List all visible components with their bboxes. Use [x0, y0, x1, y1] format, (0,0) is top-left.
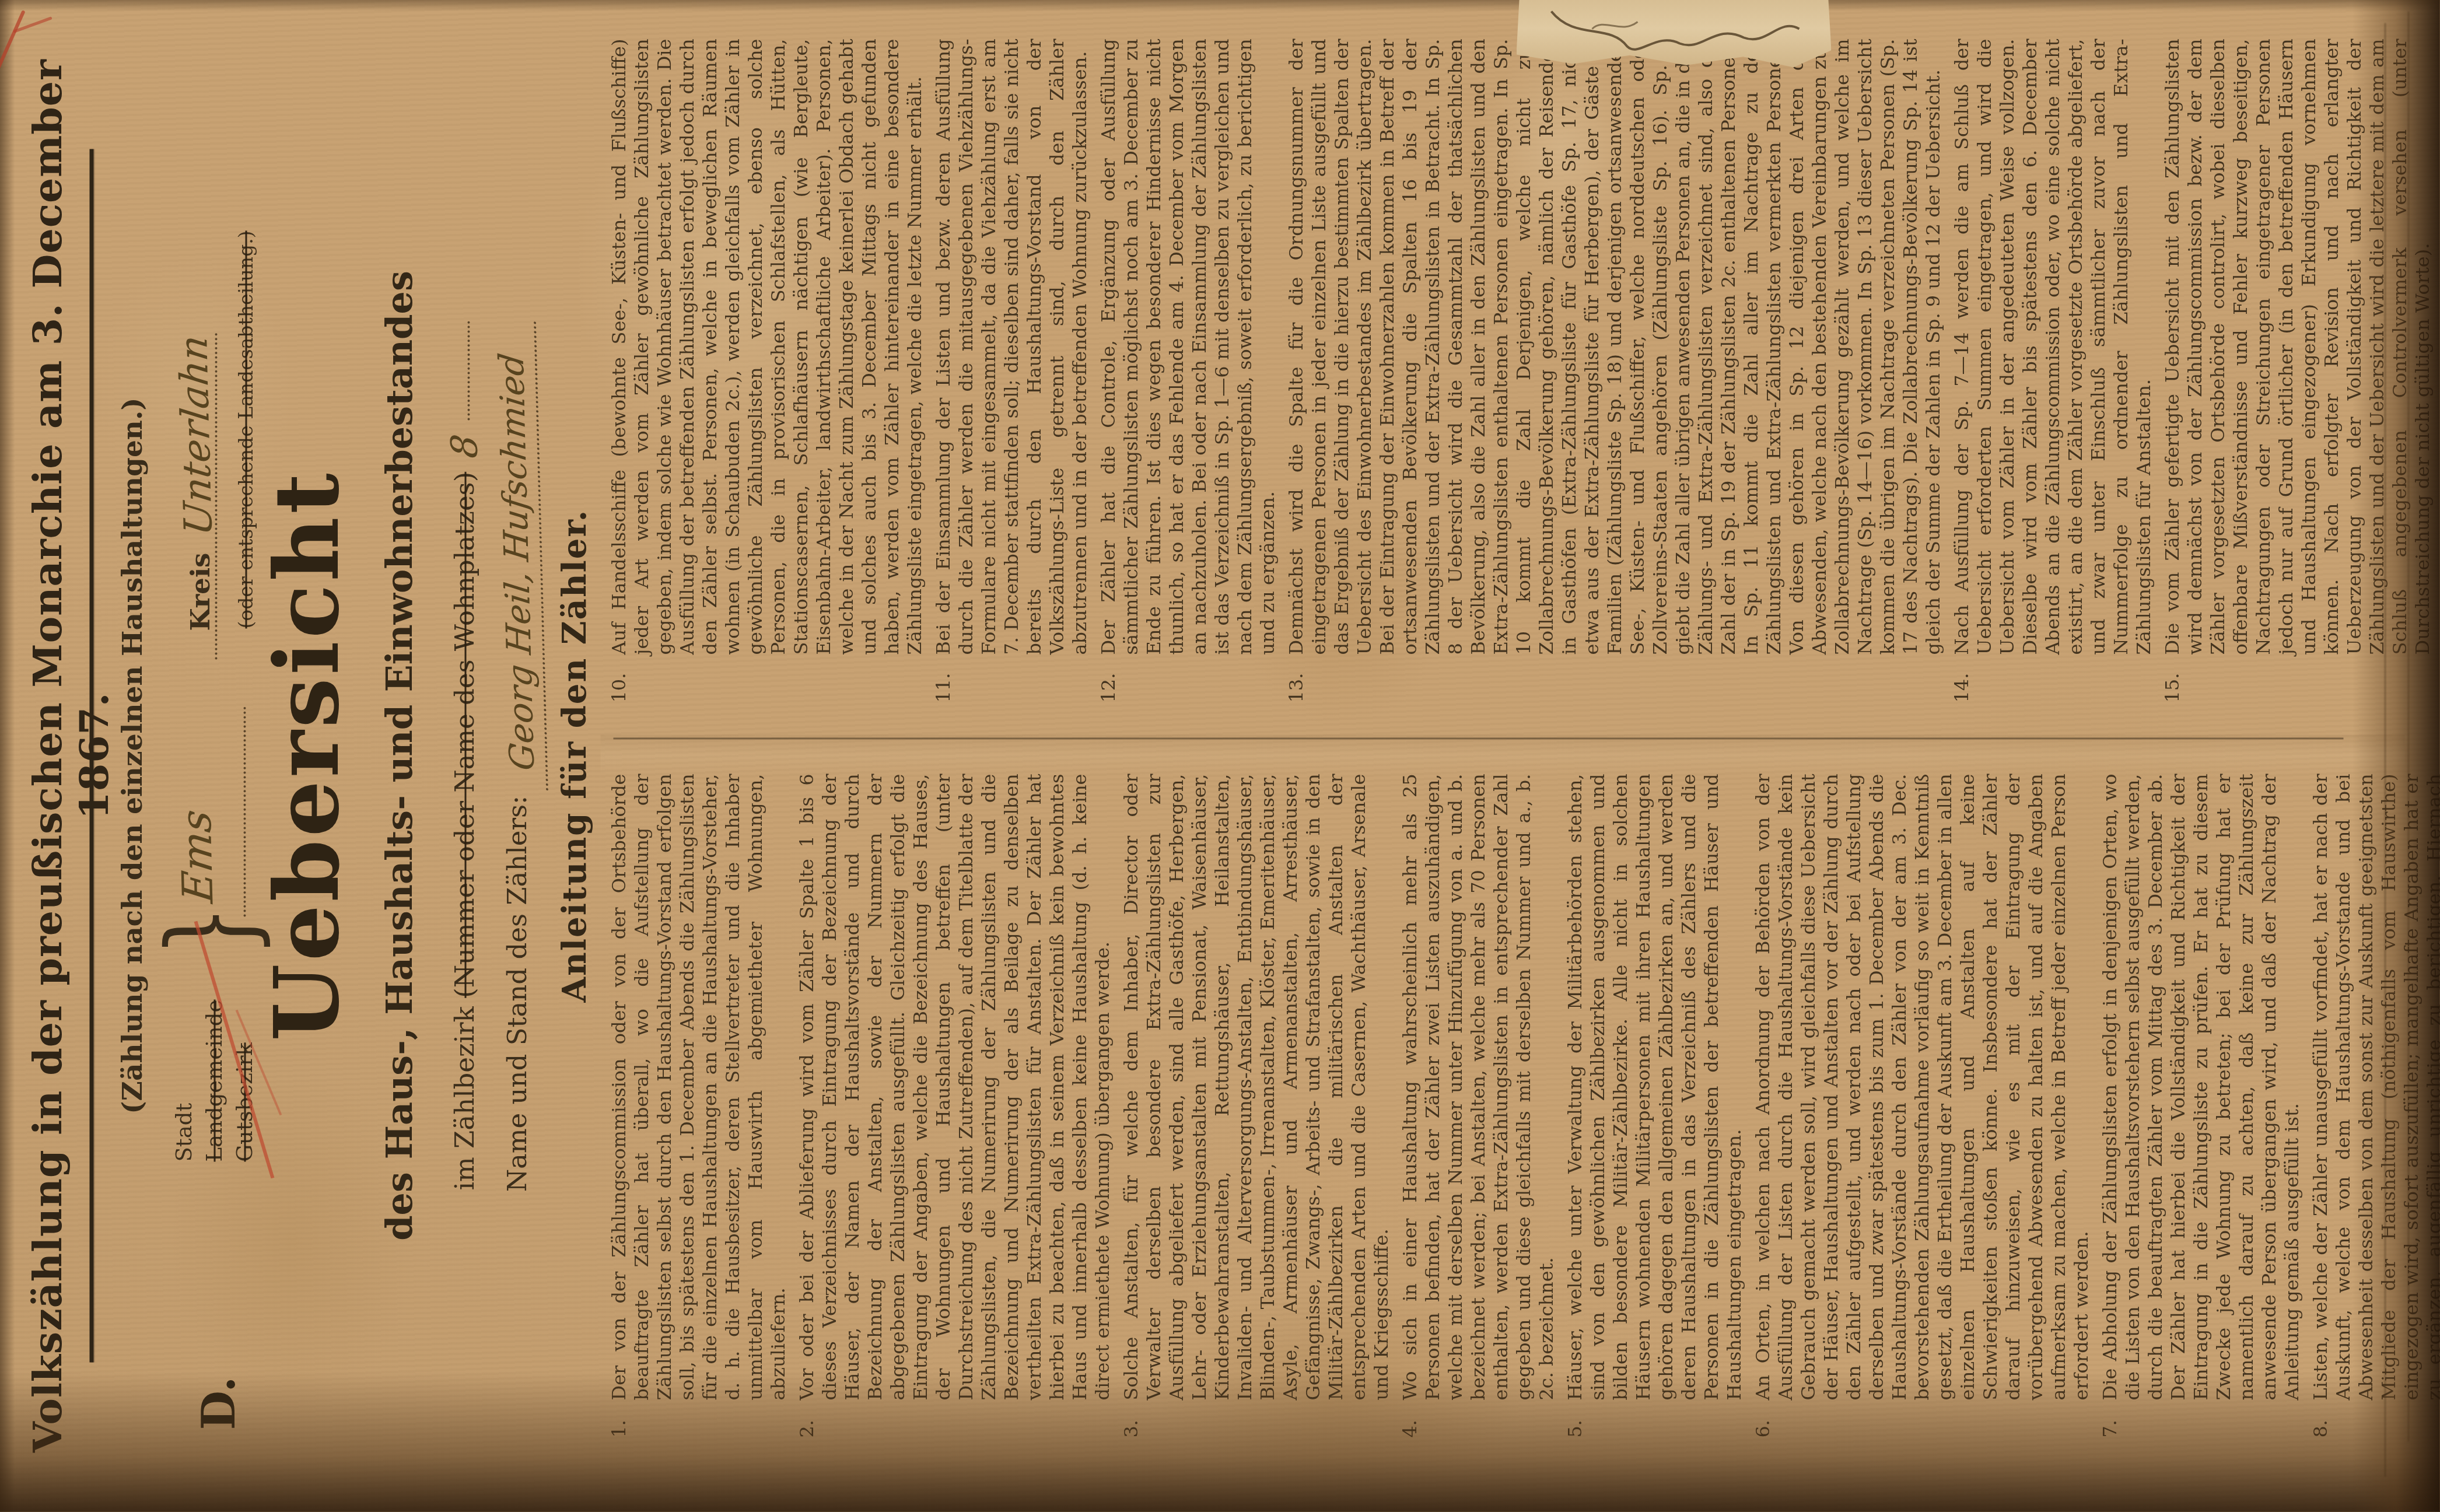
instruction-number: 4.: [1399, 1420, 1422, 1438]
instruction-item: 7.Die Abholung der Zählungslisten erfolg…: [2099, 774, 2304, 1439]
locality-labels: Stadt Landgemeinde Gutsbezirk: [169, 964, 260, 1162]
census-form-sheet: D. Volkszählung in der preußischen Monar…: [0, 0, 2440, 1512]
instruction-text: Häuser, welche unter Verwaltung der Mili…: [1564, 774, 1745, 1401]
enumerator-label: Name und Stand des Zählers:: [502, 796, 533, 1192]
stadt-label: Stadt: [169, 964, 199, 1162]
instruction-number: 3.: [1120, 1420, 1143, 1438]
instruction-number: 15.: [2161, 673, 2184, 703]
torn-paper-scrap: [1517, 0, 1832, 68]
instruction-item: 6.An Orten, in welchen nach Anordnung de…: [1752, 774, 2093, 1439]
instruction-number: 1.: [608, 1420, 631, 1438]
district-prefix: im Zählbezirk: [449, 1006, 480, 1190]
archival-note-handwriting: [1540, 0, 1808, 64]
instruction-number: 6.: [1752, 1420, 1774, 1438]
enumerator-handwritten-value: Georg Heil, Hufschmied: [491, 316, 548, 790]
district-struck-note: (Nummer oder Name des Wohnplatzes): [449, 472, 480, 998]
instruction-text: An Orten, in welchen nach Anordnung der …: [1752, 774, 2092, 1401]
instruction-text: Demnächst wird die Spalte für die Ordnun…: [1285, 39, 1944, 655]
enumerator-line: Name und Stand des Zählers: Georg Heil, …: [497, 0, 542, 1512]
instruction-text: Wo sich in einer Haushaltung wahrscheinl…: [1399, 774, 1557, 1401]
kreis-handwritten-value: Unterlahn: [171, 333, 221, 538]
instruction-item: 15.Die vom Zähler gefertigte Uebersicht …: [2161, 39, 2434, 704]
red-pen-stroke: [0, 10, 26, 70]
instruction-text: Solche Anstalten, für welche dem Inhaber…: [1120, 774, 1392, 1401]
instruction-number: 12.: [1097, 673, 1120, 703]
instruction-item: 14.Nach Ausfüllung der Sp. 7—14 werden d…: [1951, 39, 2155, 704]
scanned-book-page-photo: D. Volkszählung in der preußischen Monar…: [0, 0, 2440, 1512]
instruction-item: 13.Demnächst wird die Spalte für die Ord…: [1285, 39, 1945, 704]
instruction-text: Auf Handelsschiffe (bewohnte See-, Küste…: [608, 39, 926, 655]
instruction-text: Der Zähler hat die Controle, Ergänzung o…: [1097, 39, 1279, 655]
sub-heading: des Haus-, Haushalts- und Einwohnerbesta…: [378, 0, 421, 1512]
page-top-edge: [0, 0, 15, 1512]
paper-crease: [2385, 23, 2386, 1477]
instruction-number: 14.: [1951, 673, 1973, 703]
main-heading: Uebersicht: [254, 0, 359, 1512]
instruction-item: 11.Bei der Einsammlung der Listen und be…: [932, 39, 1091, 704]
instruction-item: 1.Der von der Zählungscommission oder vo…: [608, 774, 790, 1439]
instruction-item: 3.Solche Anstalten, für welche dem Inhab…: [1120, 774, 1393, 1439]
instruction-text: Vor oder bei der Ablieferung wird vom Zä…: [796, 774, 1114, 1401]
page-right-edge: [0, 0, 2440, 12]
page-subtitle: (Zählung nach den einzelnen Haushaltunge…: [117, 0, 149, 1512]
instructions-column-right: 10.Auf Handelsschiffe (bewohnte See-, Kü…: [608, 39, 2410, 704]
brace-glyph: }: [153, 905, 269, 957]
instruction-item: 5.Häuser, welche unter Verwaltung der Mi…: [1564, 774, 1746, 1439]
instruction-item: 2.Vor oder bei der Ablieferung wird vom …: [796, 774, 1114, 1439]
paper-crease: [2408, 12, 2410, 1442]
column-divider-rule: [614, 738, 2344, 740]
form-letter: D.: [192, 1376, 246, 1430]
instruction-text: Der von der Zählungscommission oder von …: [608, 774, 789, 1401]
title-underline-rule: [90, 149, 94, 1363]
instructions-columns: 1.Der von der Zählungscommission oder vo…: [608, 39, 2410, 1439]
instruction-item: 10.Auf Handelsschiffe (bewohnte See-, Kü…: [608, 39, 926, 704]
instruction-item: 4.Wo sich in einer Haushaltung wahrschei…: [1399, 774, 1558, 1439]
instruction-number: 8.: [2309, 1420, 2332, 1438]
instructions-heading: Anleitung für den Zähler.: [555, 0, 594, 1512]
district-handwritten-number: 8: [443, 432, 486, 460]
instruction-number: 2.: [796, 1420, 818, 1438]
instruction-text: Die Abholung der Zählungslisten erfolgt …: [2099, 774, 2303, 1401]
instruction-item: 12.Der Zähler hat die Controle, Ergänzun…: [1097, 39, 1279, 704]
district-dotted-line: [468, 321, 470, 421]
instruction-number: 10.: [608, 673, 631, 703]
district-line: im Zählbezirk (Nummer oder Name des Wohn…: [443, 0, 486, 1512]
locality-handwritten-value: Ems: [171, 807, 222, 905]
instruction-number: 13.: [1285, 673, 1308, 703]
kreis-label: Kreis: [185, 553, 216, 631]
instruction-text: Listen, welche der Zähler unausgefüllt v…: [2309, 774, 2440, 1401]
instruction-text: Die vom Zähler gefertigte Uebersicht mit…: [2161, 39, 2434, 655]
instruction-text: Bei der Einsammlung der Listen und bezw.…: [932, 39, 1091, 655]
page-title: Volkszählung in der preußischen Monarchi…: [24, 0, 118, 1512]
landgemeinde-label: Landgemeinde: [199, 964, 230, 1162]
locality-dotted-line: [244, 707, 246, 917]
instructions-column-left: 1.Der von der Zählungscommission oder vo…: [608, 774, 2410, 1439]
red-corner-mark: [3, 3, 79, 91]
kreis-field-group: Kreis Unterlahn (oder entsprechende Land…: [174, 77, 219, 631]
instruction-text: Nach Ausfüllung der Sp. 7—14 werden die …: [1951, 39, 2155, 655]
instruction-number: 11.: [932, 673, 955, 703]
instruction-number: 7.: [2099, 1420, 2122, 1438]
instruction-number: 5.: [1564, 1420, 1587, 1438]
instruction-item: 8.Listen, welche der Zähler unausgefüllt…: [2309, 774, 2440, 1439]
